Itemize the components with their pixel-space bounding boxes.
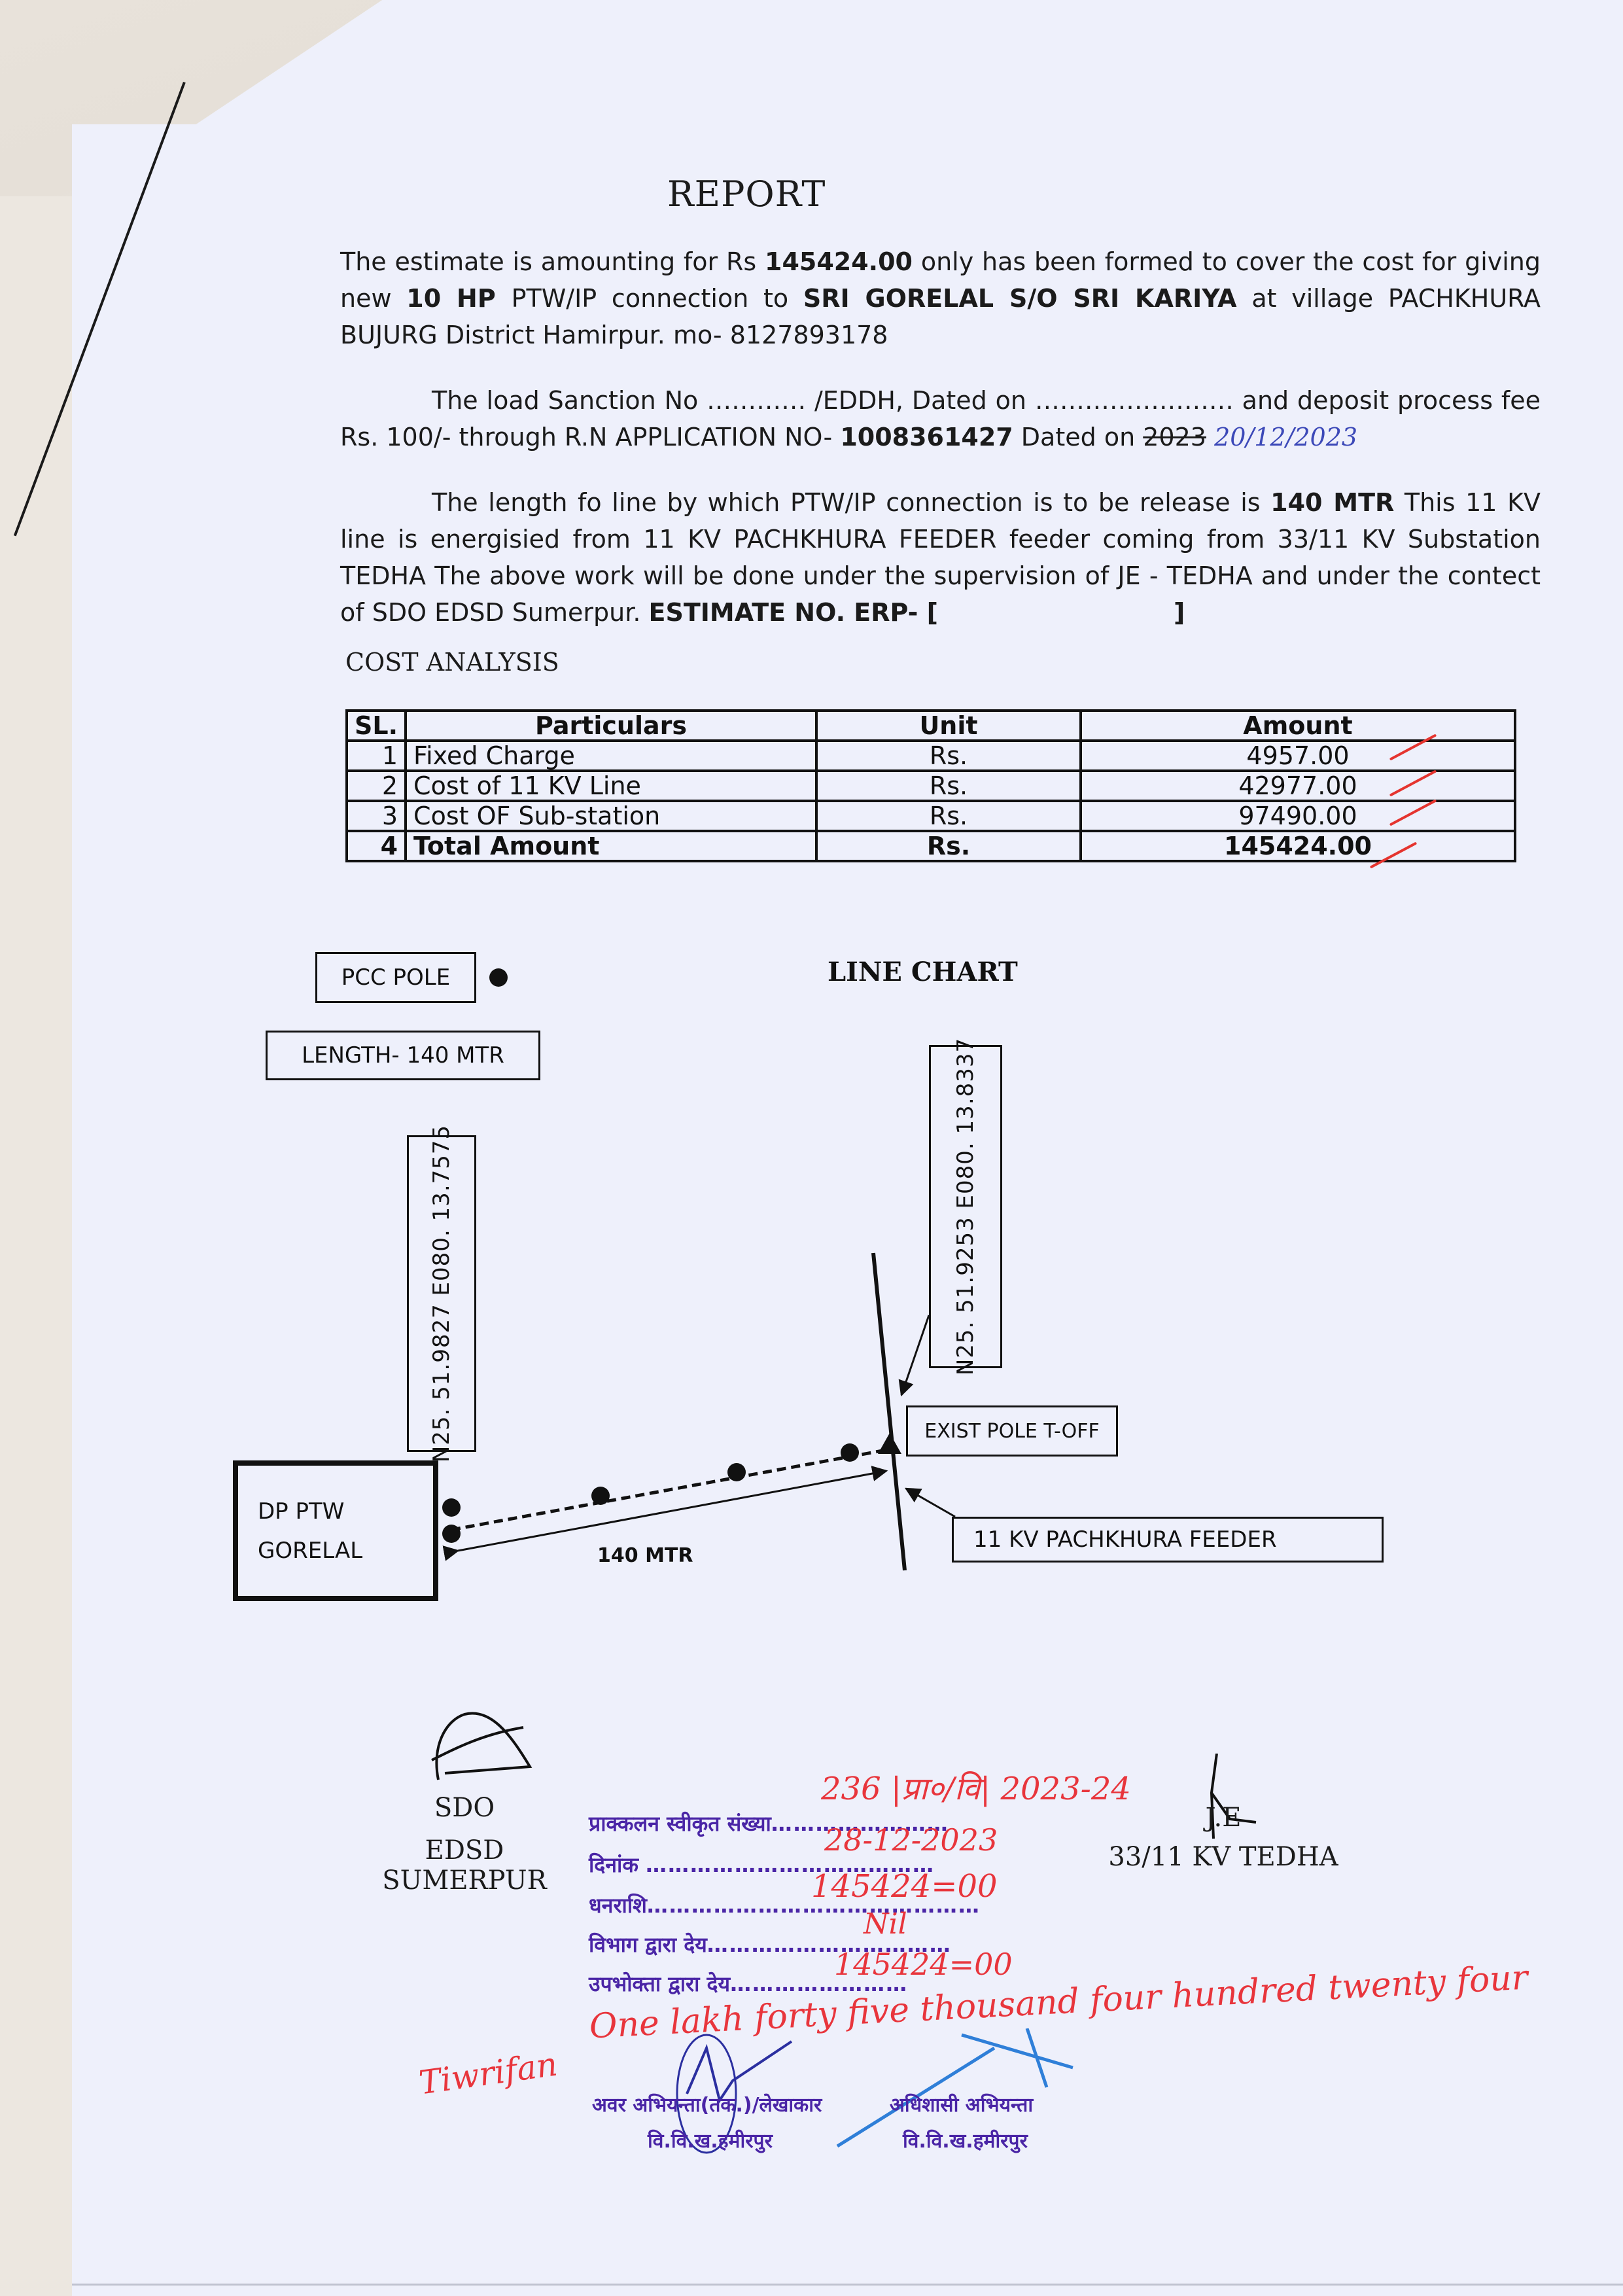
- span-length-label: 140 MTR: [597, 1544, 693, 1567]
- je-office: 33/11 KV TEDHA: [1099, 1842, 1348, 1872]
- stamp-label: दिनांक: [589, 1852, 638, 1877]
- pcc-pole-icon: [727, 1463, 746, 1481]
- stamp-label: प्राक्कलन स्वीकृत संख्या: [589, 1811, 771, 1836]
- stamp-label: धनराशि: [589, 1893, 647, 1918]
- handwritten-date: 28-12-2023: [824, 1822, 998, 1858]
- feeder-label-box: 11 KV PACHKHURA FEEDER: [952, 1517, 1384, 1563]
- signatory-left-title: अवर अभियन्ता(तक.)/लेखाकार: [592, 2091, 822, 2117]
- je-title: J.E: [1197, 1803, 1249, 1833]
- sdo-title: SDO: [406, 1793, 523, 1823]
- consumer-box: DP PTW GORELAL: [233, 1460, 438, 1601]
- pcc-pole-icon: [591, 1487, 610, 1505]
- pcc-pole-icon: [442, 1498, 461, 1517]
- signatory-right-title: अधिशासी अभियन्ता: [890, 2091, 1033, 2117]
- consumer-box-line2: GORELAL: [258, 1538, 362, 1564]
- sdo-signature-icon: [419, 1708, 550, 1786]
- pcc-pole-icon: [841, 1443, 859, 1462]
- stamp-label: उपभोक्ता द्वारा देय: [589, 1971, 730, 1996]
- exist-pole-box: EXIST POLE T-OFF: [906, 1405, 1118, 1457]
- consumer-box-line1: DP PTW: [258, 1498, 344, 1525]
- handwritten-consumer-payable: 145424=00: [834, 1947, 1013, 1982]
- handwritten-sanction-no: 236 |प्रा०/वि| 2023-24: [821, 1767, 1131, 1809]
- handwritten-amount: 145424=00: [811, 1868, 998, 1905]
- handwritten-dept-payable: Nil: [864, 1907, 907, 1941]
- sdo-office: EDSD SUMERPUR: [340, 1835, 589, 1896]
- pcc-pole-icon: [442, 1525, 461, 1543]
- signatory-left-office: वि.वि.ख.हमीरपुर: [648, 2127, 773, 2153]
- stamp-label: विभाग द्वारा देय: [589, 1932, 707, 1957]
- signatory-right-office: वि.वि.ख.हमीरपुर: [903, 2127, 1028, 2153]
